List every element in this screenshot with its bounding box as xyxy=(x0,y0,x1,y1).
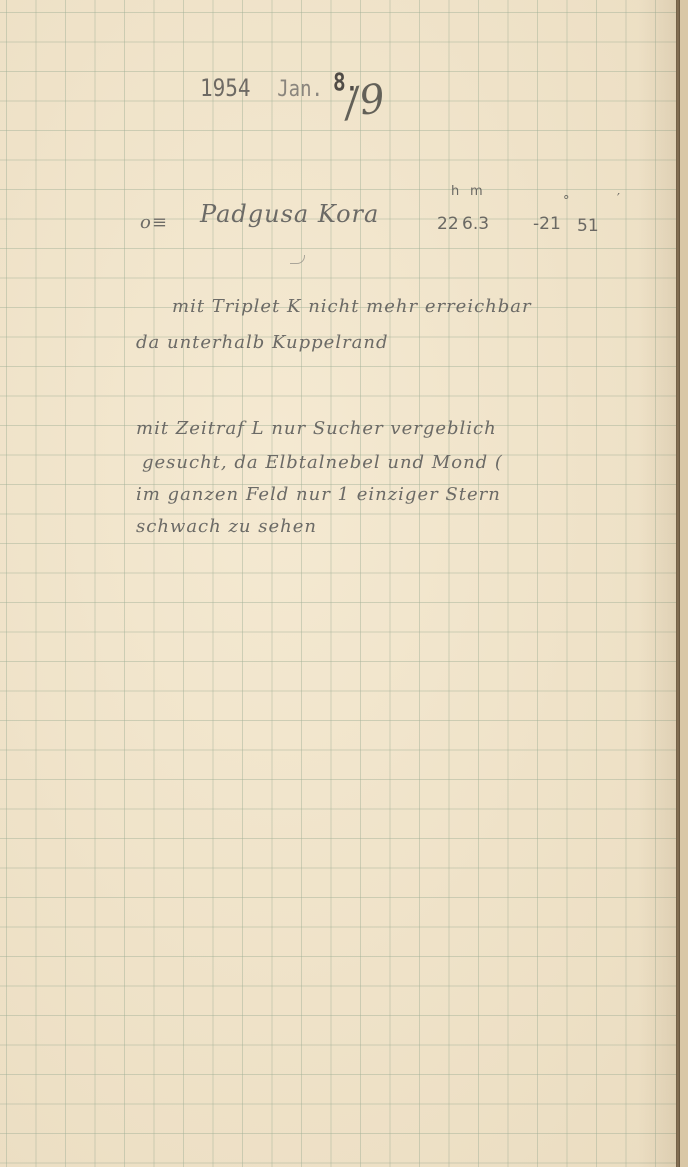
dec-degrees-unit: ° xyxy=(563,194,570,209)
entry-number: /9 xyxy=(342,75,389,126)
dec-minutes-unit: ′ xyxy=(617,192,620,207)
ra-minutes-unit: m xyxy=(470,184,483,199)
stamp-month: Jan. xyxy=(277,77,323,102)
date-stamp: 1954 Jan. xyxy=(200,74,323,102)
note-1-line-1: mit Triplet K nicht mehr erreichbar xyxy=(172,296,532,317)
note-2-line-3: im ganzen Feld nur 1 einziger Stern xyxy=(136,484,501,505)
ra-hours: 22 xyxy=(437,214,459,234)
pencil-mark xyxy=(290,255,305,264)
ra-minutes: 6.3 xyxy=(462,214,489,234)
note-2-line-4: schwach zu sehen xyxy=(136,516,317,537)
page-outer-edge xyxy=(680,0,688,1167)
note-2-line-1: mit Zeitraf L nur Sucher vergeblich xyxy=(136,418,497,439)
dec-minutes: 51 xyxy=(577,216,599,236)
object-name: Padgusa Kora xyxy=(200,200,379,228)
dec-degrees: -21 xyxy=(533,214,561,234)
notebook-page: 1954 Jan. 8. /9 o≡ Padgusa Kora 22 h 6.3… xyxy=(0,0,688,1167)
note-2-line-2: gesucht, da Elbtalnebel und Mond ( xyxy=(142,452,503,473)
object-symbol-icon: o≡ xyxy=(140,212,168,233)
note-1-line-2: da unterhalb Kuppelrand xyxy=(136,332,389,353)
stamp-year: 1954 xyxy=(200,74,251,102)
ra-hours-unit: h xyxy=(451,184,459,199)
